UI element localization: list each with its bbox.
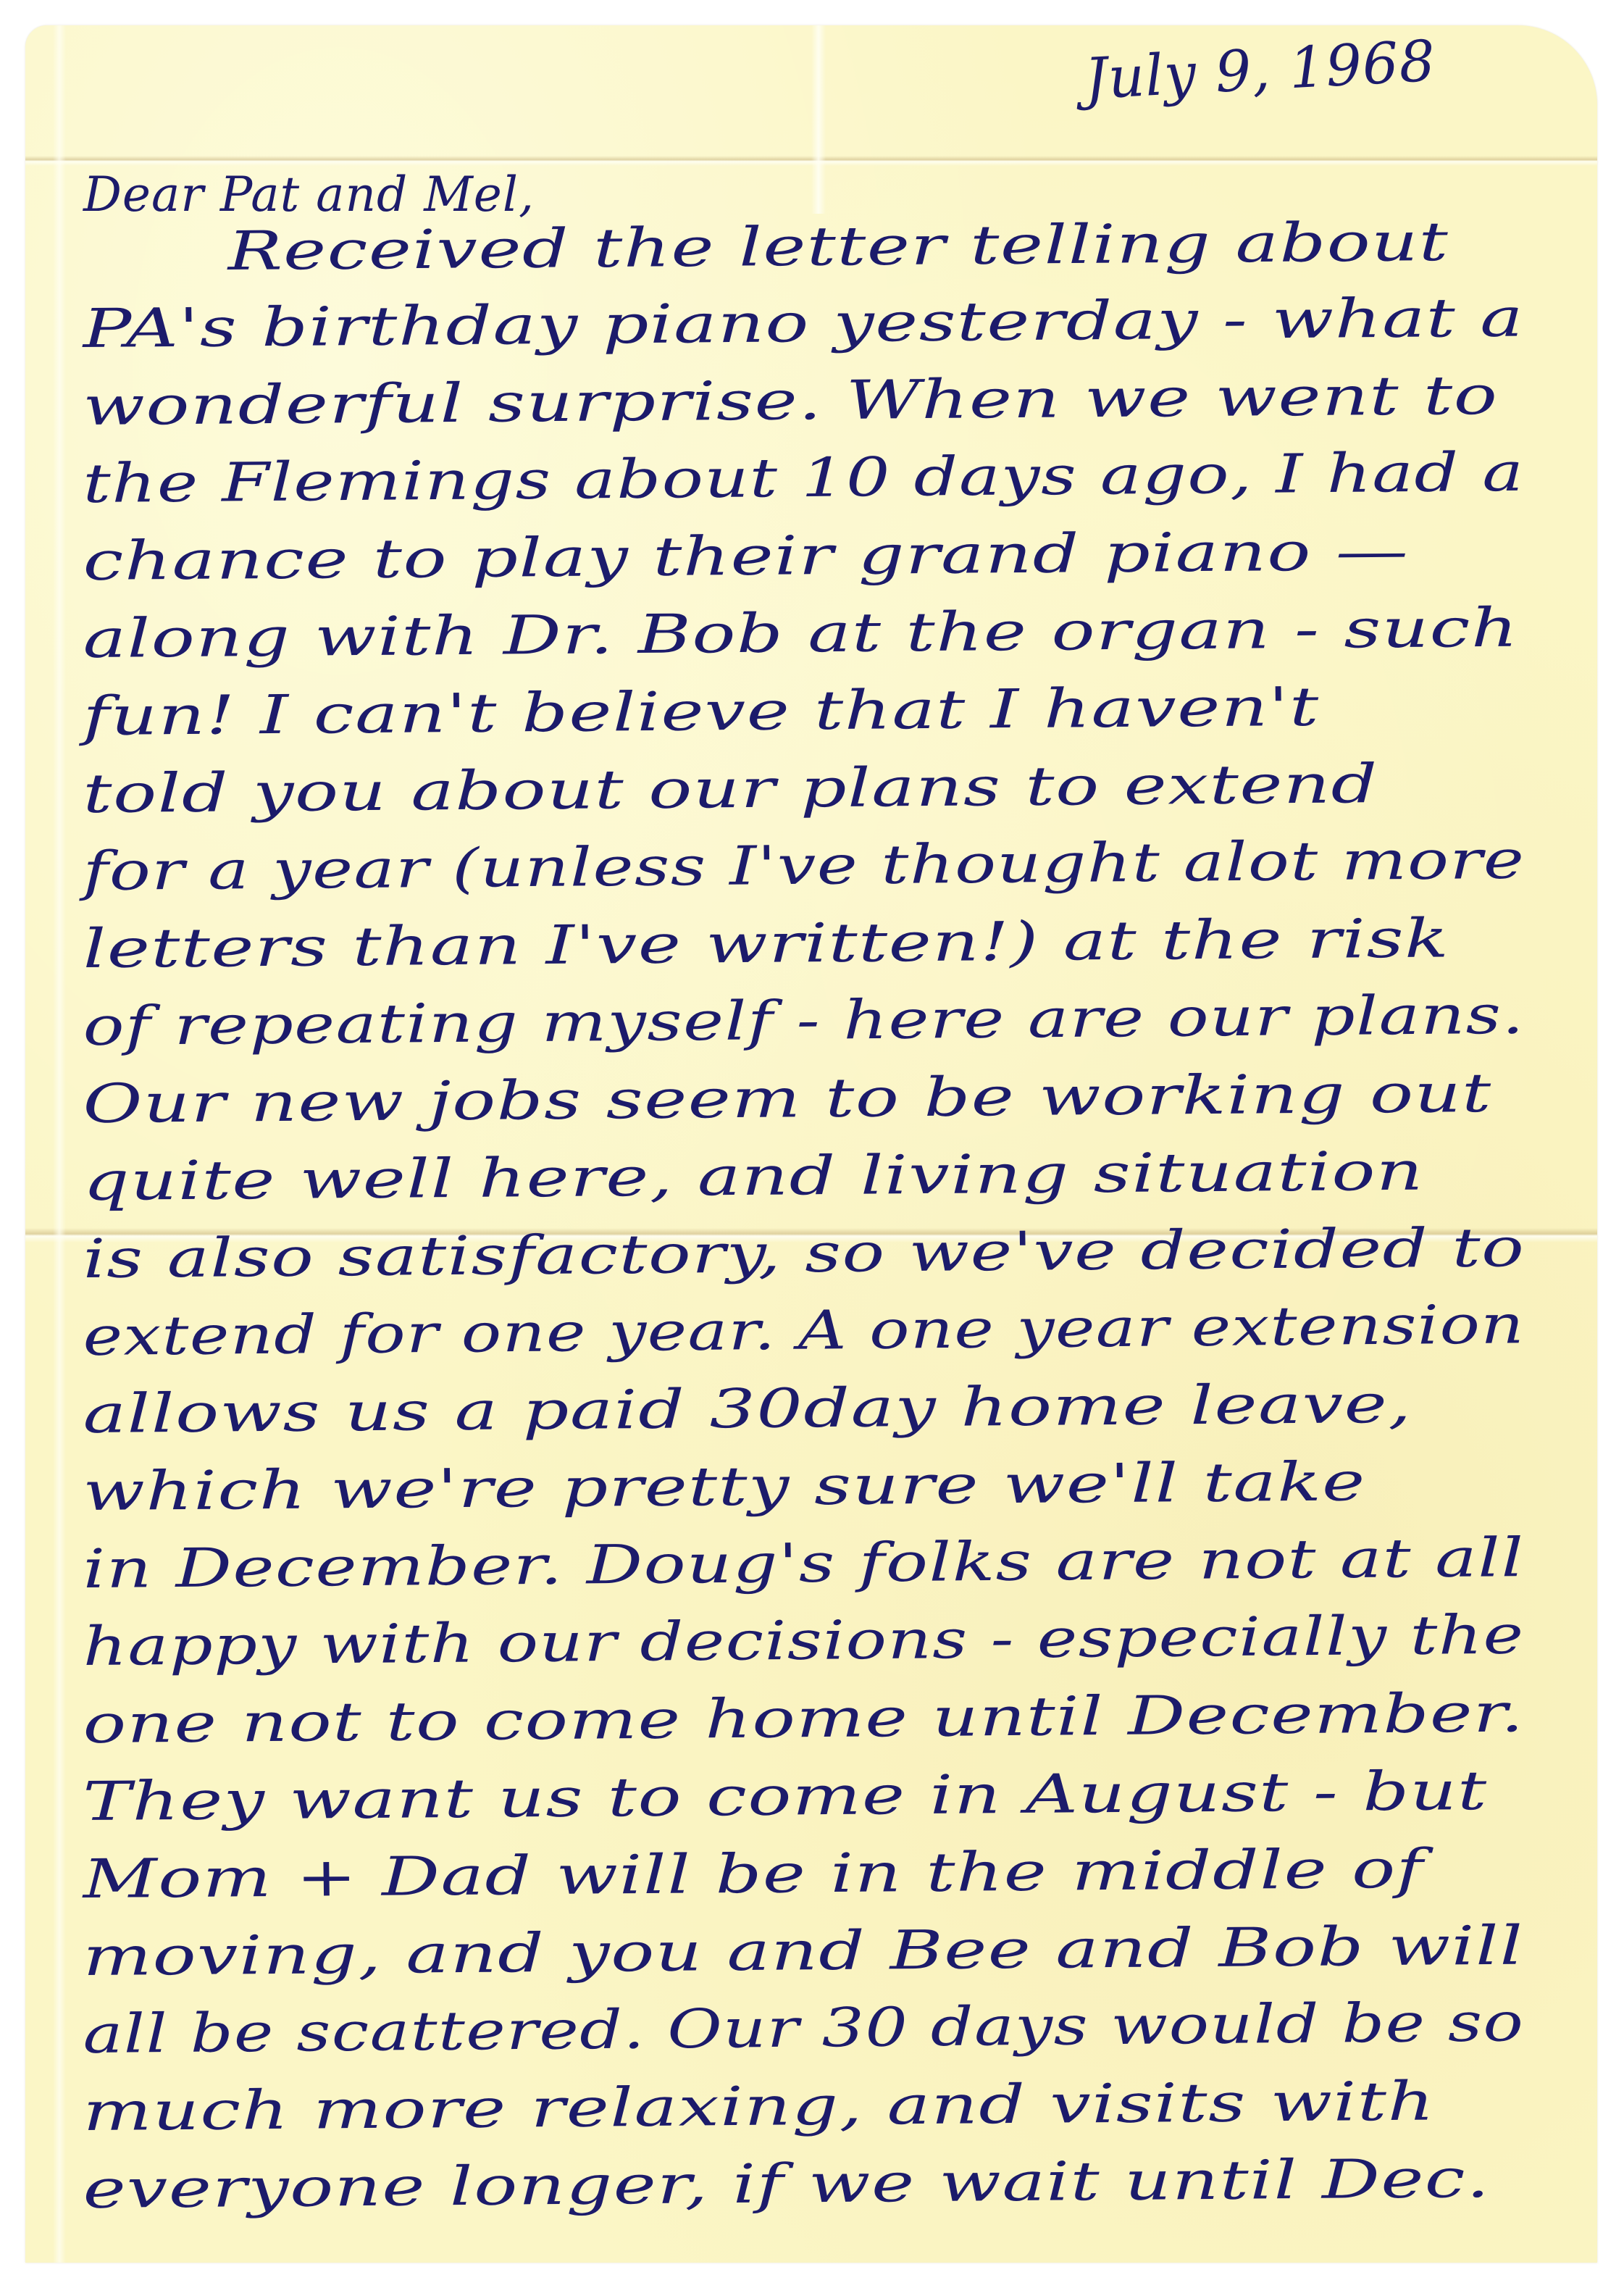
letter-line: all be scattered. Our 30 days would be s… bbox=[83, 1995, 1524, 2061]
letter-line: of repeating myself - here are our plans… bbox=[83, 988, 1525, 1053]
letter-line: quite well here, and living situation bbox=[83, 1145, 1424, 1208]
letter-line: is also satisfactory, so we've decided t… bbox=[83, 1221, 1525, 1286]
letter-line: the Flemings about 10 days ago, I had a bbox=[83, 446, 1525, 511]
letter-line: for a year (unless I've thought alot mor… bbox=[83, 833, 1525, 898]
letter-line: fun! I can't believe that I haven't bbox=[83, 680, 1320, 743]
letter-line: letters than I've written!) at the risk bbox=[83, 911, 1449, 976]
letter-line: PA's birthday piano yesterday - what a bbox=[83, 291, 1524, 356]
letter-line: moving, and you and Bee and Bob will bbox=[83, 1919, 1524, 1984]
letter-line: which we're pretty sure we'll take bbox=[83, 1455, 1366, 1519]
letter-line: along with Dr. Bob at the organ - such bbox=[83, 601, 1519, 666]
letter-line: happy with our decisions - especially th… bbox=[83, 1608, 1525, 1674]
letter-line: extend for one year. A one year extensio… bbox=[83, 1298, 1525, 1364]
letter-line: one not to come home until December. bbox=[83, 1686, 1525, 1751]
letter-line: allows us a paid 30day home leave, bbox=[83, 1377, 1412, 1441]
letter-line: told you about our plans to extend bbox=[83, 757, 1378, 821]
fold-crease-vertical bbox=[811, 25, 826, 214]
letter-line: in December. Doug's folks are not at all bbox=[83, 1531, 1525, 1596]
letter-line: everyone longer, if we wait until Dec. bbox=[83, 2152, 1491, 2216]
letter-paper: July 9, 1968 Dear Pat and Mel, Received … bbox=[25, 25, 1597, 2263]
letter-line: much more relaxing, and visits with bbox=[83, 2075, 1436, 2139]
letter-line: chance to play their grand piano — bbox=[83, 525, 1410, 588]
letter-line: They want us to come in August - but bbox=[83, 1764, 1488, 1829]
letter-line: Mom + Dad will be in the middle of bbox=[83, 1842, 1424, 1906]
letter-date: July 9, 1968 bbox=[1083, 29, 1437, 112]
scan-streak bbox=[53, 25, 66, 2263]
letter-salutation: Dear Pat and Mel, bbox=[83, 167, 535, 222]
letter-line: wonderful surprise. When we went to bbox=[83, 369, 1499, 433]
letter-line: Our new jobs seem to be working out bbox=[83, 1066, 1492, 1131]
letter-line: Received the letter telling about bbox=[227, 215, 1449, 278]
